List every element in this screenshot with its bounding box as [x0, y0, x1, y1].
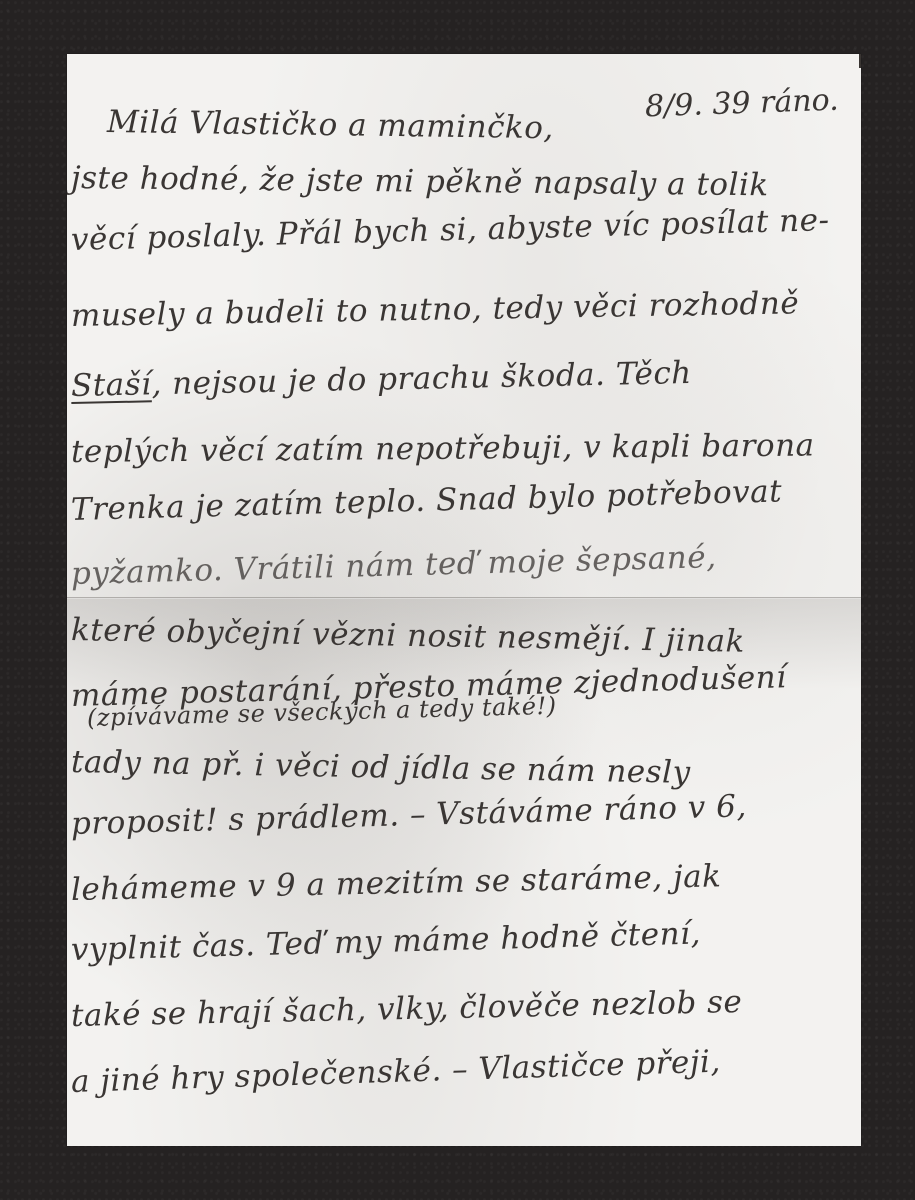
underlined-word: Staší	[71, 366, 152, 404]
letter-line-3: musely a budeli to nutno, tedy věci rozh…	[71, 285, 800, 334]
letter-line-2: věcí poslaly. Přál bych si, abyste víc p…	[71, 202, 830, 258]
letter-line-4: Staší, nejsou je do prachu škoda. Těch	[71, 355, 692, 404]
letter-date: 8/9. 39 ráno.	[644, 83, 839, 125]
letter-line-13: vyplnit čas. Teď my máme hodně čtení,	[71, 916, 702, 968]
line-4-rest: , nejsou je do prachu škoda. Těch	[151, 355, 692, 402]
salutation: Milá Vlastičko a maminčko,	[107, 104, 554, 146]
letter-page: Milá Vlastičko a maminčko, 8/9. 39 ráno.…	[67, 54, 861, 1146]
letter-line-10: tady na př. i věci od jídla se nám nesly	[71, 744, 691, 791]
letter-line-5: teplých věcí zatím nepotřebuji, v kapli …	[71, 428, 815, 470]
letter-line-6: Trenka je zatím teplo. Snad bylo potřebo…	[71, 473, 783, 528]
letter-line-14: také se hrají šach, vlky, člověče nezlob…	[71, 984, 743, 1034]
letter-line-11: proposit! s prádlem. – Vstáváme ráno v 6…	[71, 788, 748, 842]
letter-line-1: jste hodné, že jste mi pěkně napsaly a t…	[71, 160, 769, 203]
letter-line-15: a jiné hry společenské. – Vlastičce přej…	[70, 1044, 721, 1100]
letter-line-7: pyžamko. Vrátili nám teď moje šepsané,	[71, 539, 717, 592]
letter-line-12: lehámeme v 9 a mezitím se staráme, jak	[71, 858, 722, 908]
paper-corner	[859, 54, 861, 68]
